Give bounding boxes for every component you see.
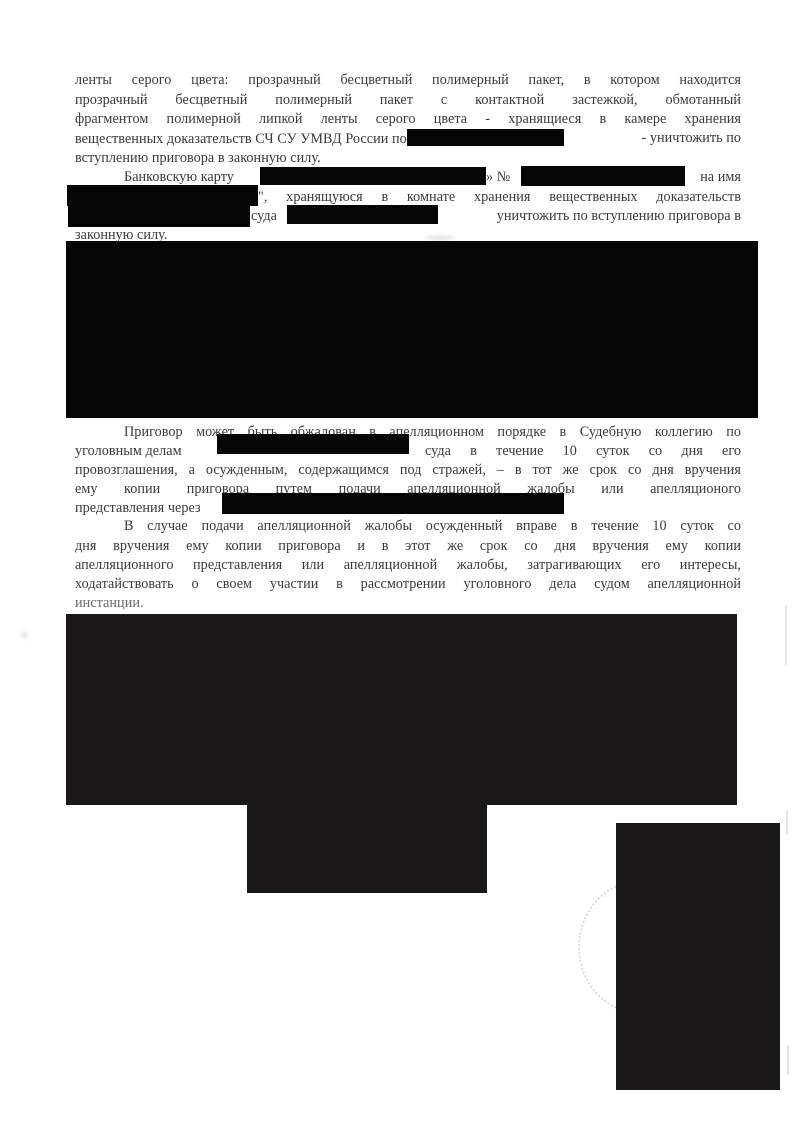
text-line: инстанции. bbox=[75, 594, 741, 612]
text-line: провозглашения, а осужденным, содержащим… bbox=[75, 461, 741, 479]
text-line: В случае подачи апелляционной жалобы осу… bbox=[75, 517, 741, 535]
text-fragment: ", хранящуюся в комнате хранения веществ… bbox=[258, 188, 741, 206]
text-line: апелляционного представления или апелляц… bbox=[75, 556, 741, 574]
document-page: ленты серого цвета: прозрачный бесцветны… bbox=[0, 0, 795, 1123]
redaction-block bbox=[616, 823, 780, 1090]
redaction-block bbox=[66, 614, 737, 805]
text-fragment: на имя bbox=[700, 168, 741, 186]
text-fragment: - уничтожить по bbox=[642, 129, 742, 147]
redaction-box bbox=[222, 493, 564, 514]
text-line: дня вручения ему копии приговора и в это… bbox=[75, 537, 741, 555]
redaction-box bbox=[287, 205, 438, 224]
text-line: ", хранящуюся в комнате хранения веществ… bbox=[258, 188, 741, 206]
redaction-block bbox=[247, 805, 487, 893]
text-fragment: Банковскую карту bbox=[124, 169, 234, 185]
text-fragment: » № bbox=[486, 168, 510, 186]
text-fragment: уголовным делам bbox=[75, 443, 182, 459]
text-fragment: вещественных доказательств СЧ СУ УМВД Ро… bbox=[75, 131, 407, 147]
redaction-box bbox=[68, 206, 250, 227]
text-line: вещественных доказательств СЧ СУ УМВД Ро… bbox=[75, 129, 741, 147]
text-fragment: уничтожить по вступлению приговора в bbox=[497, 207, 741, 225]
redaction-block bbox=[66, 241, 758, 418]
redaction-box bbox=[67, 185, 258, 206]
text-fragment: суда в течение 10 суток со дня его bbox=[425, 442, 741, 460]
redaction-box bbox=[521, 166, 685, 186]
redaction-box bbox=[407, 129, 564, 146]
text-line: ходатайствовать о своем участии в рассмо… bbox=[75, 575, 741, 593]
scan-edge bbox=[785, 605, 787, 665]
scan-artifact bbox=[22, 632, 27, 639]
scan-artifact bbox=[425, 236, 455, 240]
text-line: прозрачный бесцветный полимерный пакет с… bbox=[75, 91, 741, 109]
text-line: фрагментом полимерной липкой ленты серог… bbox=[75, 110, 741, 128]
text-fragment: суда bbox=[251, 208, 277, 224]
text-line: ленты серого цвета: прозрачный бесцветны… bbox=[75, 71, 741, 89]
scan-edge bbox=[787, 1045, 789, 1075]
scan-edge bbox=[786, 810, 788, 835]
redaction-box bbox=[260, 167, 486, 185]
redaction-box bbox=[217, 434, 409, 454]
text-line: вступлению приговора в законную силу. bbox=[75, 149, 741, 167]
